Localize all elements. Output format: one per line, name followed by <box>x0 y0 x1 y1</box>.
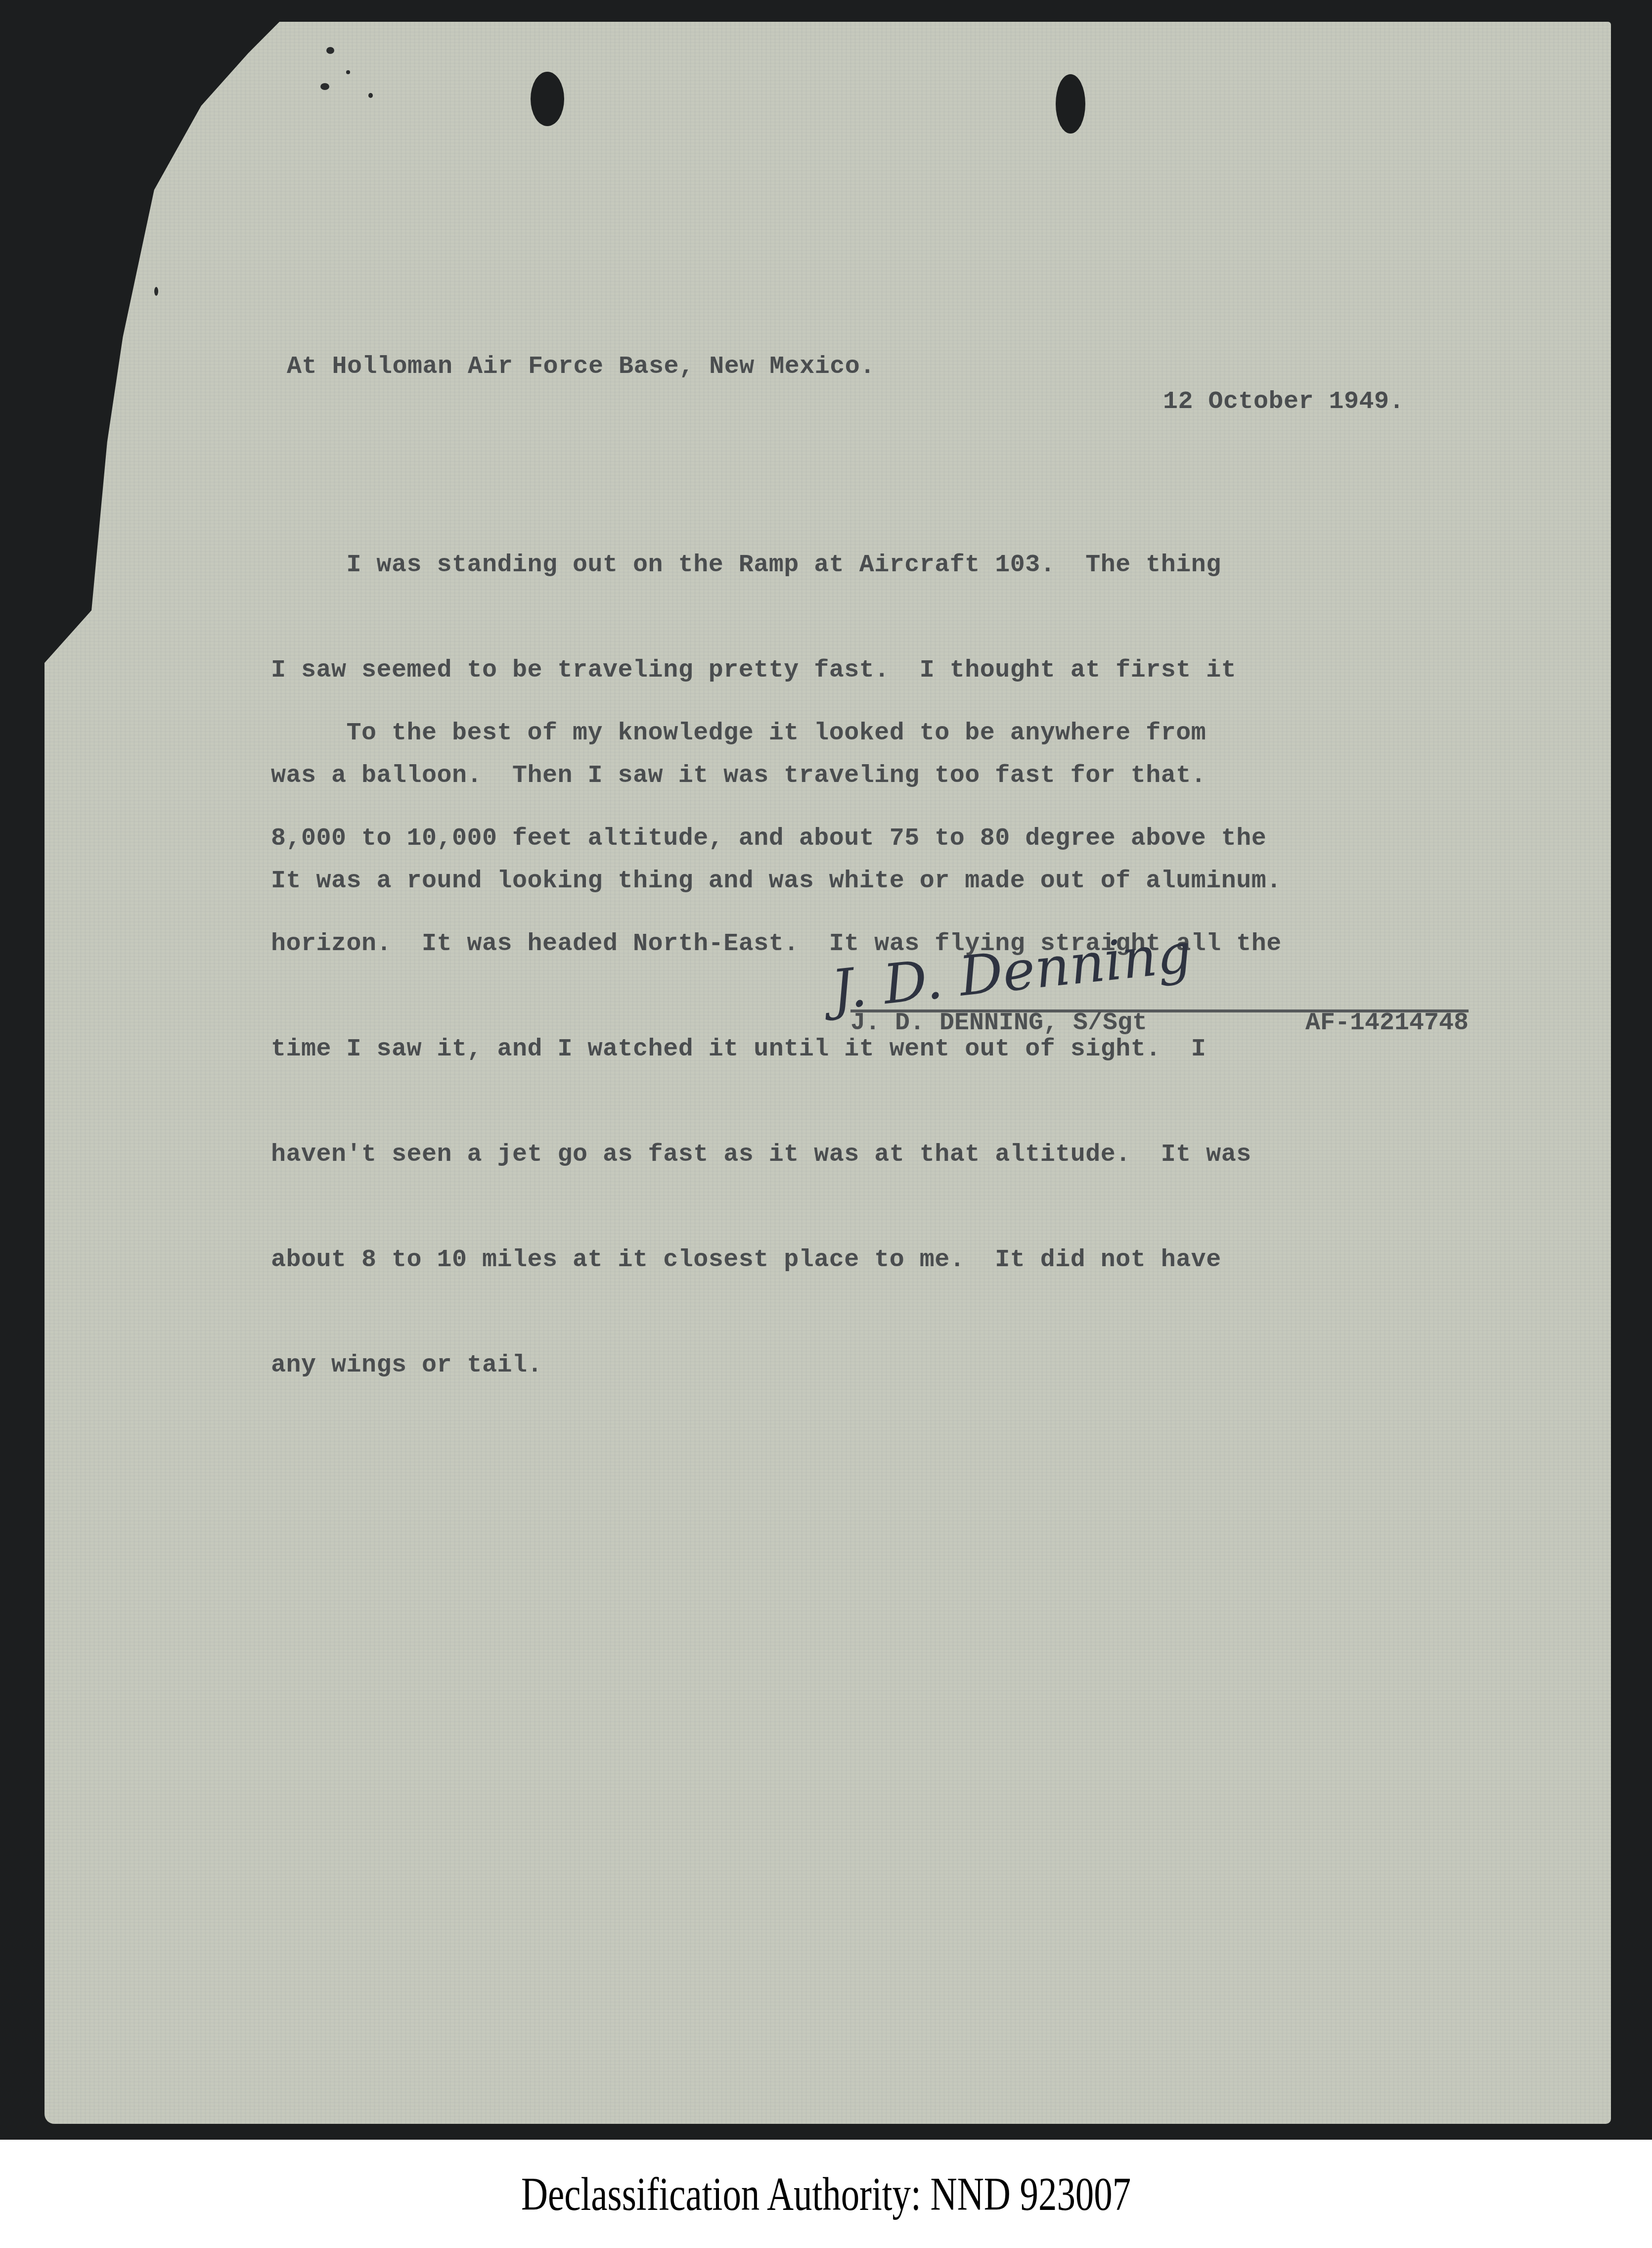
paper-speck <box>326 47 334 54</box>
declassification-footer: Declassification Authority: NND 923007 <box>0 2140 1652 2248</box>
location-line: At Holloman Air Force Base, New Mexico. <box>287 349 875 384</box>
service-number: AF-14214748 <box>1305 1009 1469 1037</box>
paper-speck <box>346 70 350 74</box>
document-header: At Holloman Air Force Base, New Mexico. … <box>287 314 1404 419</box>
text-line: about 8 to 10 miles at it closest place … <box>271 1242 1282 1278</box>
document-date: 12 October 1949. <box>1163 384 1404 419</box>
text-line: 8,000 to 10,000 feet altitude, and about… <box>271 821 1282 856</box>
paper-speck <box>320 83 329 90</box>
paper-speck <box>154 287 158 296</box>
text-line: any wings or tail. <box>271 1348 1282 1383</box>
declassification-authority: Declassification Authority: NND 923007 <box>521 2166 1131 2221</box>
punch-hole-right <box>1056 74 1085 134</box>
text-line: To the best of my knowledge it looked to… <box>271 716 1282 751</box>
paper-speck <box>368 93 373 98</box>
text-line: I was standing out on the Ramp at Aircra… <box>271 548 1282 583</box>
signature-block: J. D. DENNING, S/Sgt AF-14214748 J. D. D… <box>850 969 1469 1068</box>
text-line: haven't seen a jet go as fast as it was … <box>271 1137 1282 1172</box>
punch-hole-left <box>531 72 564 126</box>
